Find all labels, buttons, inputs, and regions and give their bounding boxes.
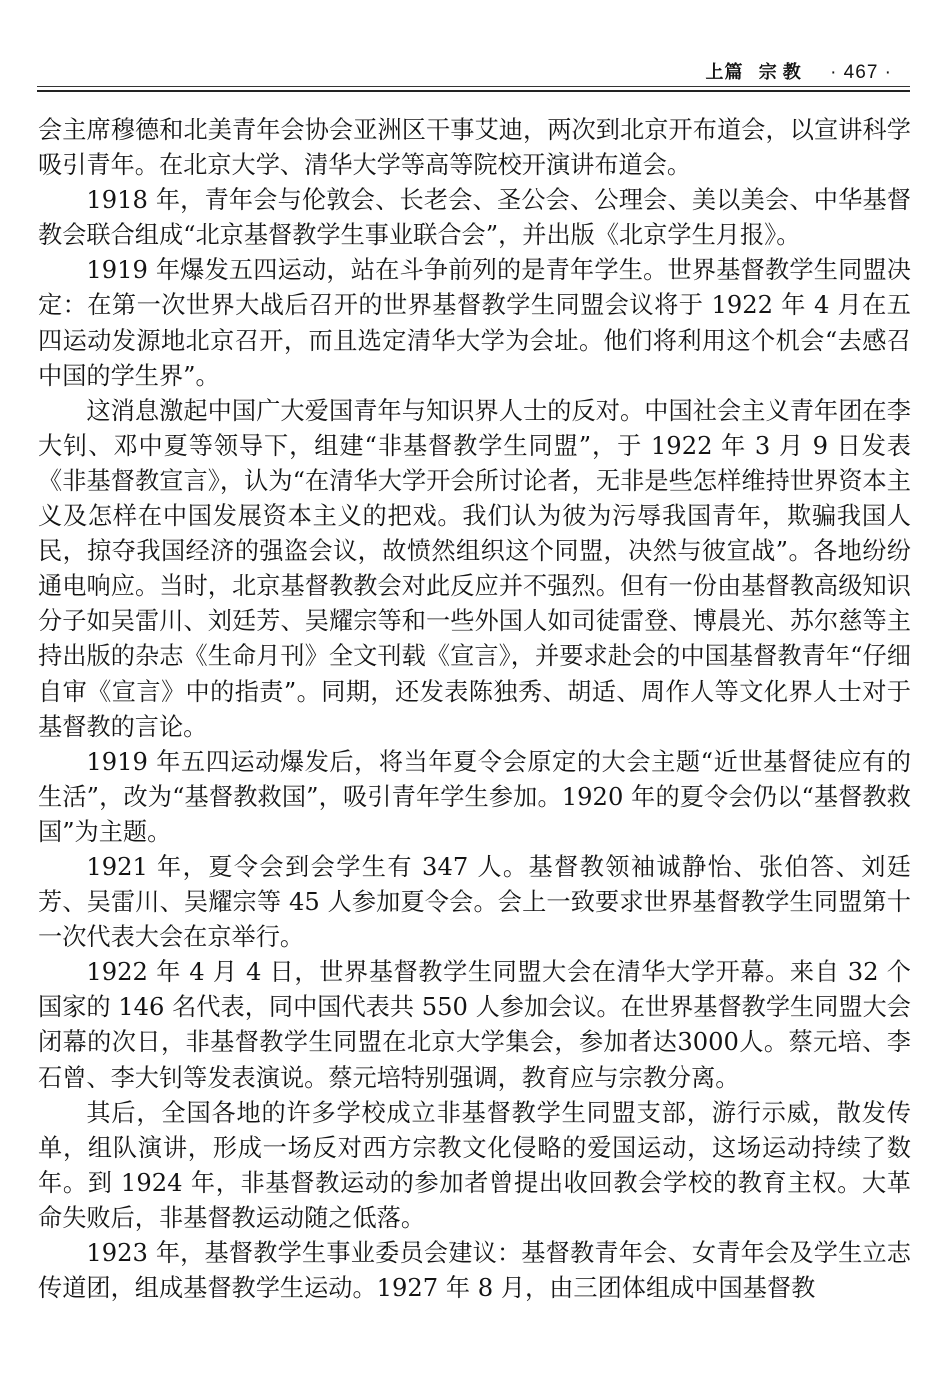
header-title: 上篇 宗教 · 467 · (706, 58, 892, 84)
header-part-label: 宗教 (759, 62, 807, 83)
paragraph-continued: 会主席穆德和北美青年会协会亚洲区干事艾迪，两次到北京开布道会，以宣讲科学吸引青年… (38, 113, 911, 183)
paragraph-1923: 1923 年，基督教学生事业委员会建议：基督教青年会、女青年会及学生立志传道团，… (38, 1236, 911, 1306)
paragraph-summer-conference-theme: 1919 年五四运动爆发后，将当年夏令会原定的大会主题“近世基督徒应有的生活”，… (38, 745, 911, 850)
paragraph-1922-conference: 1922 年 4 月 4 日，世界基督教学生同盟大会在清华大学开幕。来自 32 … (38, 955, 911, 1095)
body-text: 会主席穆德和北美青年会协会亚洲区干事艾迪，两次到北京开布道会，以宣讲科学吸引青年… (38, 113, 911, 1306)
page-number: · 467 · (830, 62, 892, 83)
header-section-label: 上篇 (706, 62, 744, 83)
paragraph-1921: 1921 年，夏令会到会学生有 347 人。基督教领袖诚静怡、张伯答、刘廷芳、吴… (38, 850, 911, 955)
running-header: 上篇 宗教 · 467 · (37, 52, 910, 92)
paragraph-1918: 1918 年，青年会与伦敦会、长老会、圣公会、公理会、美以美会、中华基督教会联合… (38, 183, 911, 253)
paragraph-1919-may-fourth: 1919 年爆发五四运动，站在斗争前列的是青年学生。世界基督教学生同盟决定：在第… (38, 253, 911, 393)
header-double-rule (37, 86, 910, 92)
paragraph-anti-christian-league: 这消息激起中国广大爱国青年与知识界人士的反对。中国社会主义青年团在李大钊、邓中夏… (38, 394, 911, 745)
paragraph-aftermath: 其后，全国各地的许多学校成立非基督教学生同盟支部，游行示威，散发传单，组队演讲，… (38, 1096, 911, 1236)
